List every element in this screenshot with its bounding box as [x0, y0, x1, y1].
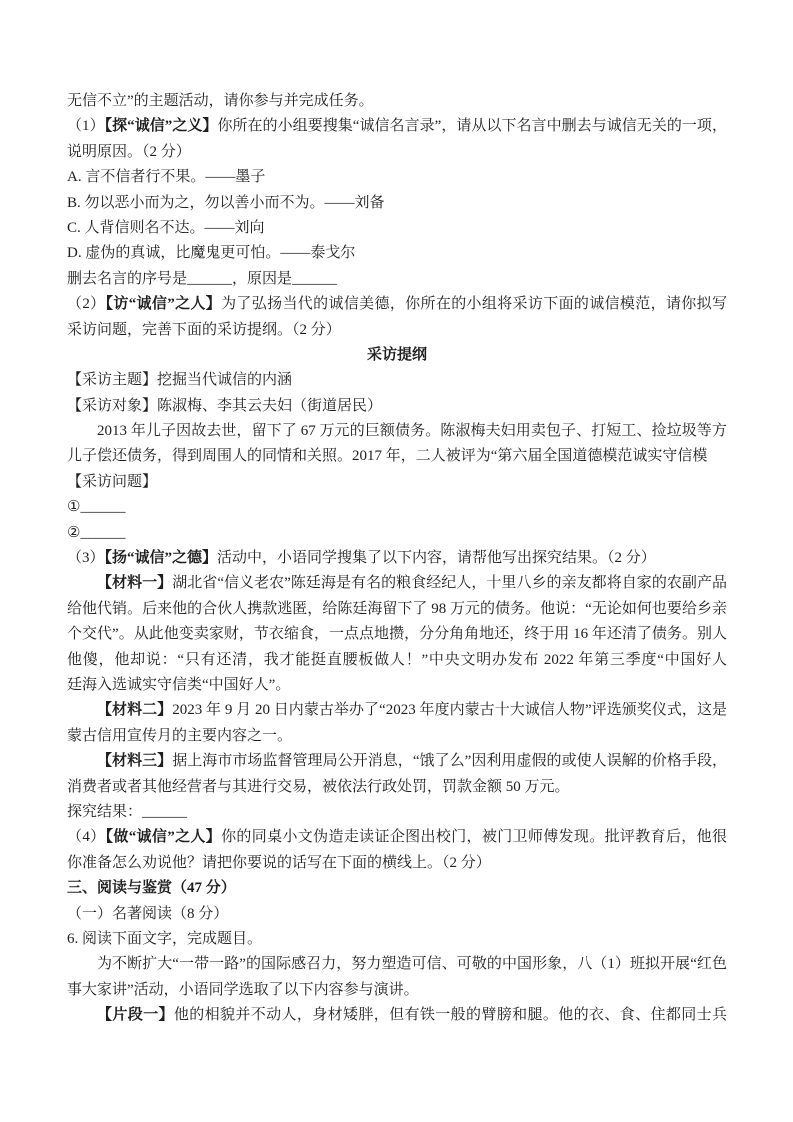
theme-activity-intro: 无信不立”的主题活动，请你参与并完成任务。 [67, 89, 727, 114]
subsection-1-classics-heading: （一）名著阅读（8 分） [67, 902, 727, 927]
q3-promote-virtue: （3）【扬“诚信”之德】活动中，小语同学搜集了以下内容，请帮他写出探究结果。（2… [67, 546, 727, 571]
q1-answer-blanks: 删去名言的序号是______，原因是______ [67, 267, 727, 292]
text-segment: 事大家讲”活动，小语同学选取了以下内容参与演讲。 [67, 982, 419, 998]
q4-be-honest-person: （4）【做“诚信”之人】你的同桌小文伪造走读证企图出校门，被门卫师傅发现。批评教… [67, 825, 727, 850]
text-segment: 消费者或者其他经营者与其进行交易，被依法行政处罚，罚款金额 50 万元。 [67, 779, 570, 795]
bold-text-segment: 采访提纲 [367, 347, 427, 363]
bold-text-segment: 【材料三】 [97, 753, 172, 769]
text-segment: 【采访问题】 [67, 474, 157, 490]
text-segment: 【采访对象】陈淑梅、李其云夫妇（街道居民） [67, 398, 382, 414]
interview-subject: 【采访对象】陈淑梅、李其云夫妇（街道居民） [67, 394, 727, 419]
bold-text-segment: 【材料一】 [97, 575, 172, 591]
q2-continued: 采访问题，完善下面的采访提纲。（2 分） [67, 318, 727, 343]
q1-continued: 说明原因。（2 分） [67, 140, 727, 165]
material-2-line-2: 蒙古信用宣传月的主要内容之一。 [67, 724, 727, 749]
interview-background-1: 2013 年儿子因故去世，留下了 67 万元的巨额债务。陈淑梅夫妇用卖包子、打短… [67, 419, 727, 444]
text-segment: 廷海入选诚实守信类“中国好人”。 [67, 677, 290, 693]
interview-topic: 【采访主题】挖掘当代诚信的内涵 [67, 368, 727, 393]
material-1-line-1: 【材料一】湖北省“信义老农”陈廷海是有名的粮食经纪人，十里八乡的亲友都将自家的农… [67, 571, 727, 596]
text-segment: （一）名著阅读（8 分） [67, 906, 228, 922]
option-a: A. 言不信者行不果。——墨子 [67, 165, 727, 190]
text-segment: 无信不立”的主题活动，请你参与并完成任务。 [67, 93, 374, 109]
bold-text-segment: 【探“诚信”之义】 [105, 118, 218, 134]
material-1-line-2: 给他代销。后来他的合伙人携款逃匿，给陈廷海留下了 98 万元的债务。他说：“无论… [67, 597, 727, 622]
q2-interview-person: （2）【访“诚信”之人】为了弘扬当代的诚信美德，你所在的小组将采访下面的诚信模范… [67, 292, 727, 317]
text-segment: C. 人背信则名不达。——刘向 [67, 220, 265, 236]
text-segment: ②______ [67, 525, 125, 541]
option-d: D. 虚伪的真诚，比魔鬼更可怕。——泰戈尔 [67, 241, 727, 266]
text-segment: （4） [67, 829, 106, 845]
text-segment: （2） [67, 296, 106, 312]
text-segment: 说明原因。（2 分） [67, 144, 191, 160]
text-segment: 探究结果：______ [67, 804, 187, 820]
text-segment: 你准备怎么劝说他？请把你要说的话写在下面的横线上。（2 分） [67, 855, 491, 871]
material-3-line-2: 消费者或者其他经营者与其进行交易，被依法行政处罚，罚款金额 50 万元。 [67, 775, 727, 800]
material-1-line-5: 廷海入选诚实守信类“中国好人”。 [67, 673, 727, 698]
bold-text-segment: 【扬“诚信”之德】 [105, 550, 218, 566]
text-segment: 删去名言的序号是______，原因是______ [67, 271, 337, 287]
question-6: 6. 阅读下面文字，完成题目。 [67, 927, 727, 952]
text-segment: 给他代销。后来他的合伙人携款逃匿，给陈廷海留下了 98 万元的债务。他说：“无论… [67, 601, 727, 622]
q1-explore-integrity: （1）【探“诚信”之义】你所在的小组要搜集“诚信名言录”，请从以下名言中删去与诚… [67, 114, 727, 139]
exploration-result-blank: 探究结果：______ [67, 800, 727, 825]
text-segment: A. 言不信者行不果。——墨子 [67, 169, 265, 185]
section-3-reading-heading: 三、阅读与鉴赏（47 分） [67, 876, 727, 901]
text-segment: B. 勿以恶小而为之，勿以善小而不为。——刘备 [67, 195, 385, 211]
text-segment: 个交代”。从此他变卖家财，节衣缩食，一点点地攒，分分角角地还，终于用 16 年还… [67, 626, 727, 647]
text-segment: 蒙古信用宣传月的主要内容之一。 [67, 728, 292, 744]
text-segment: 活动中，小语同学搜集了以下内容，请帮他写出探究结果。（2 分） [217, 550, 656, 566]
text-segment: （1） [67, 118, 105, 134]
text-segment: ①______ [67, 499, 125, 515]
interview-question-blank-1: ①______ [67, 495, 727, 520]
text-segment: 他傻，他却说：“只有还清，我才能挺直腰板做人！”中央文明办发布 2022 年第三… [67, 652, 727, 673]
fragment-1: 【片段一】他的相貌并不动人，身材矮胖，但有铁一般的臂膀和腿。他的衣、食、住都同士… [67, 1003, 727, 1028]
text-segment: 【采访主题】挖掘当代诚信的内涵 [67, 372, 292, 388]
interview-question-blank-2: ②______ [67, 521, 727, 546]
option-c: C. 人背信则名不达。——刘向 [67, 216, 727, 241]
text-segment: D. 虚伪的真诚，比魔鬼更可怕。——泰戈尔 [67, 245, 355, 261]
bold-text-segment: 【材料二】 [97, 702, 172, 718]
bold-text-segment: 三、阅读与鉴赏（47 分） [67, 880, 236, 896]
speech-intro-line-1: 为不断扩大“一带一路”的国际感召力，努力塑造可信、可敬的中国形象，八（1）班拟开… [67, 952, 727, 977]
text-segment: 6. 阅读下面文字，完成题目。 [67, 931, 262, 947]
speech-intro-line-2: 事大家讲”活动，小语同学选取了以下内容参与演讲。 [67, 978, 727, 1003]
material-2-line-1: 【材料二】2023 年 9 月 20 日内蒙古举办了“2023 年度内蒙古十大诚… [67, 698, 727, 723]
bold-text-segment: 【片段一】 [97, 1007, 174, 1023]
material-1-line-3: 个交代”。从此他变卖家财，节衣缩食，一点点地攒，分分角角地还，终于用 16 年还… [67, 622, 727, 647]
exam-paper-page: 无信不立”的主题活动，请你参与并完成任务。（1）【探“诚信”之义】你所在的小组要… [0, 0, 793, 1122]
interview-outline-heading: 采访提纲 [67, 343, 727, 368]
material-1-line-4: 他傻，他却说：“只有还清，我才能挺直腰板做人！”中央文明办发布 2022 年第三… [67, 648, 727, 673]
bold-text-segment: 【做“诚信”之人】 [106, 829, 222, 845]
text-segment: （3） [67, 550, 105, 566]
text-segment: 儿子偿还债务，得到周围人的同情和关照。2017 年，二人被评为“第六届全国道德模… [67, 448, 707, 469]
material-3-line-1: 【材料三】据上海市市场监督管理局公开消息，“饿了么”因利用虚假的或使人误解的价格… [67, 749, 727, 774]
text-segment: 为不断扩大“一带一路”的国际感召力，努力塑造可信、可敬的中国形象，八（1）班拟开… [67, 956, 727, 977]
option-b: B. 勿以恶小而为之，勿以善小而不为。——刘备 [67, 191, 727, 216]
interview-background-2: 儿子偿还债务，得到周围人的同情和关照。2017 年，二人被评为“第六届全国道德模… [67, 444, 727, 469]
interview-questions-label: 【采访问题】 [67, 470, 727, 495]
bold-text-segment: 【访“诚信”之人】 [106, 296, 222, 312]
text-segment: 2013 年儿子因故去世，留下了 67 万元的巨额债务。陈淑梅夫妇用卖包子、打短… [67, 423, 727, 444]
q4-continued: 你准备怎么劝说他？请把你要说的话写在下面的横线上。（2 分） [67, 851, 727, 876]
document-body: 无信不立”的主题活动，请你参与并完成任务。（1）【探“诚信”之义】你所在的小组要… [67, 89, 727, 1028]
text-segment: 采访问题，完善下面的采访提纲。（2 分） [67, 322, 341, 338]
